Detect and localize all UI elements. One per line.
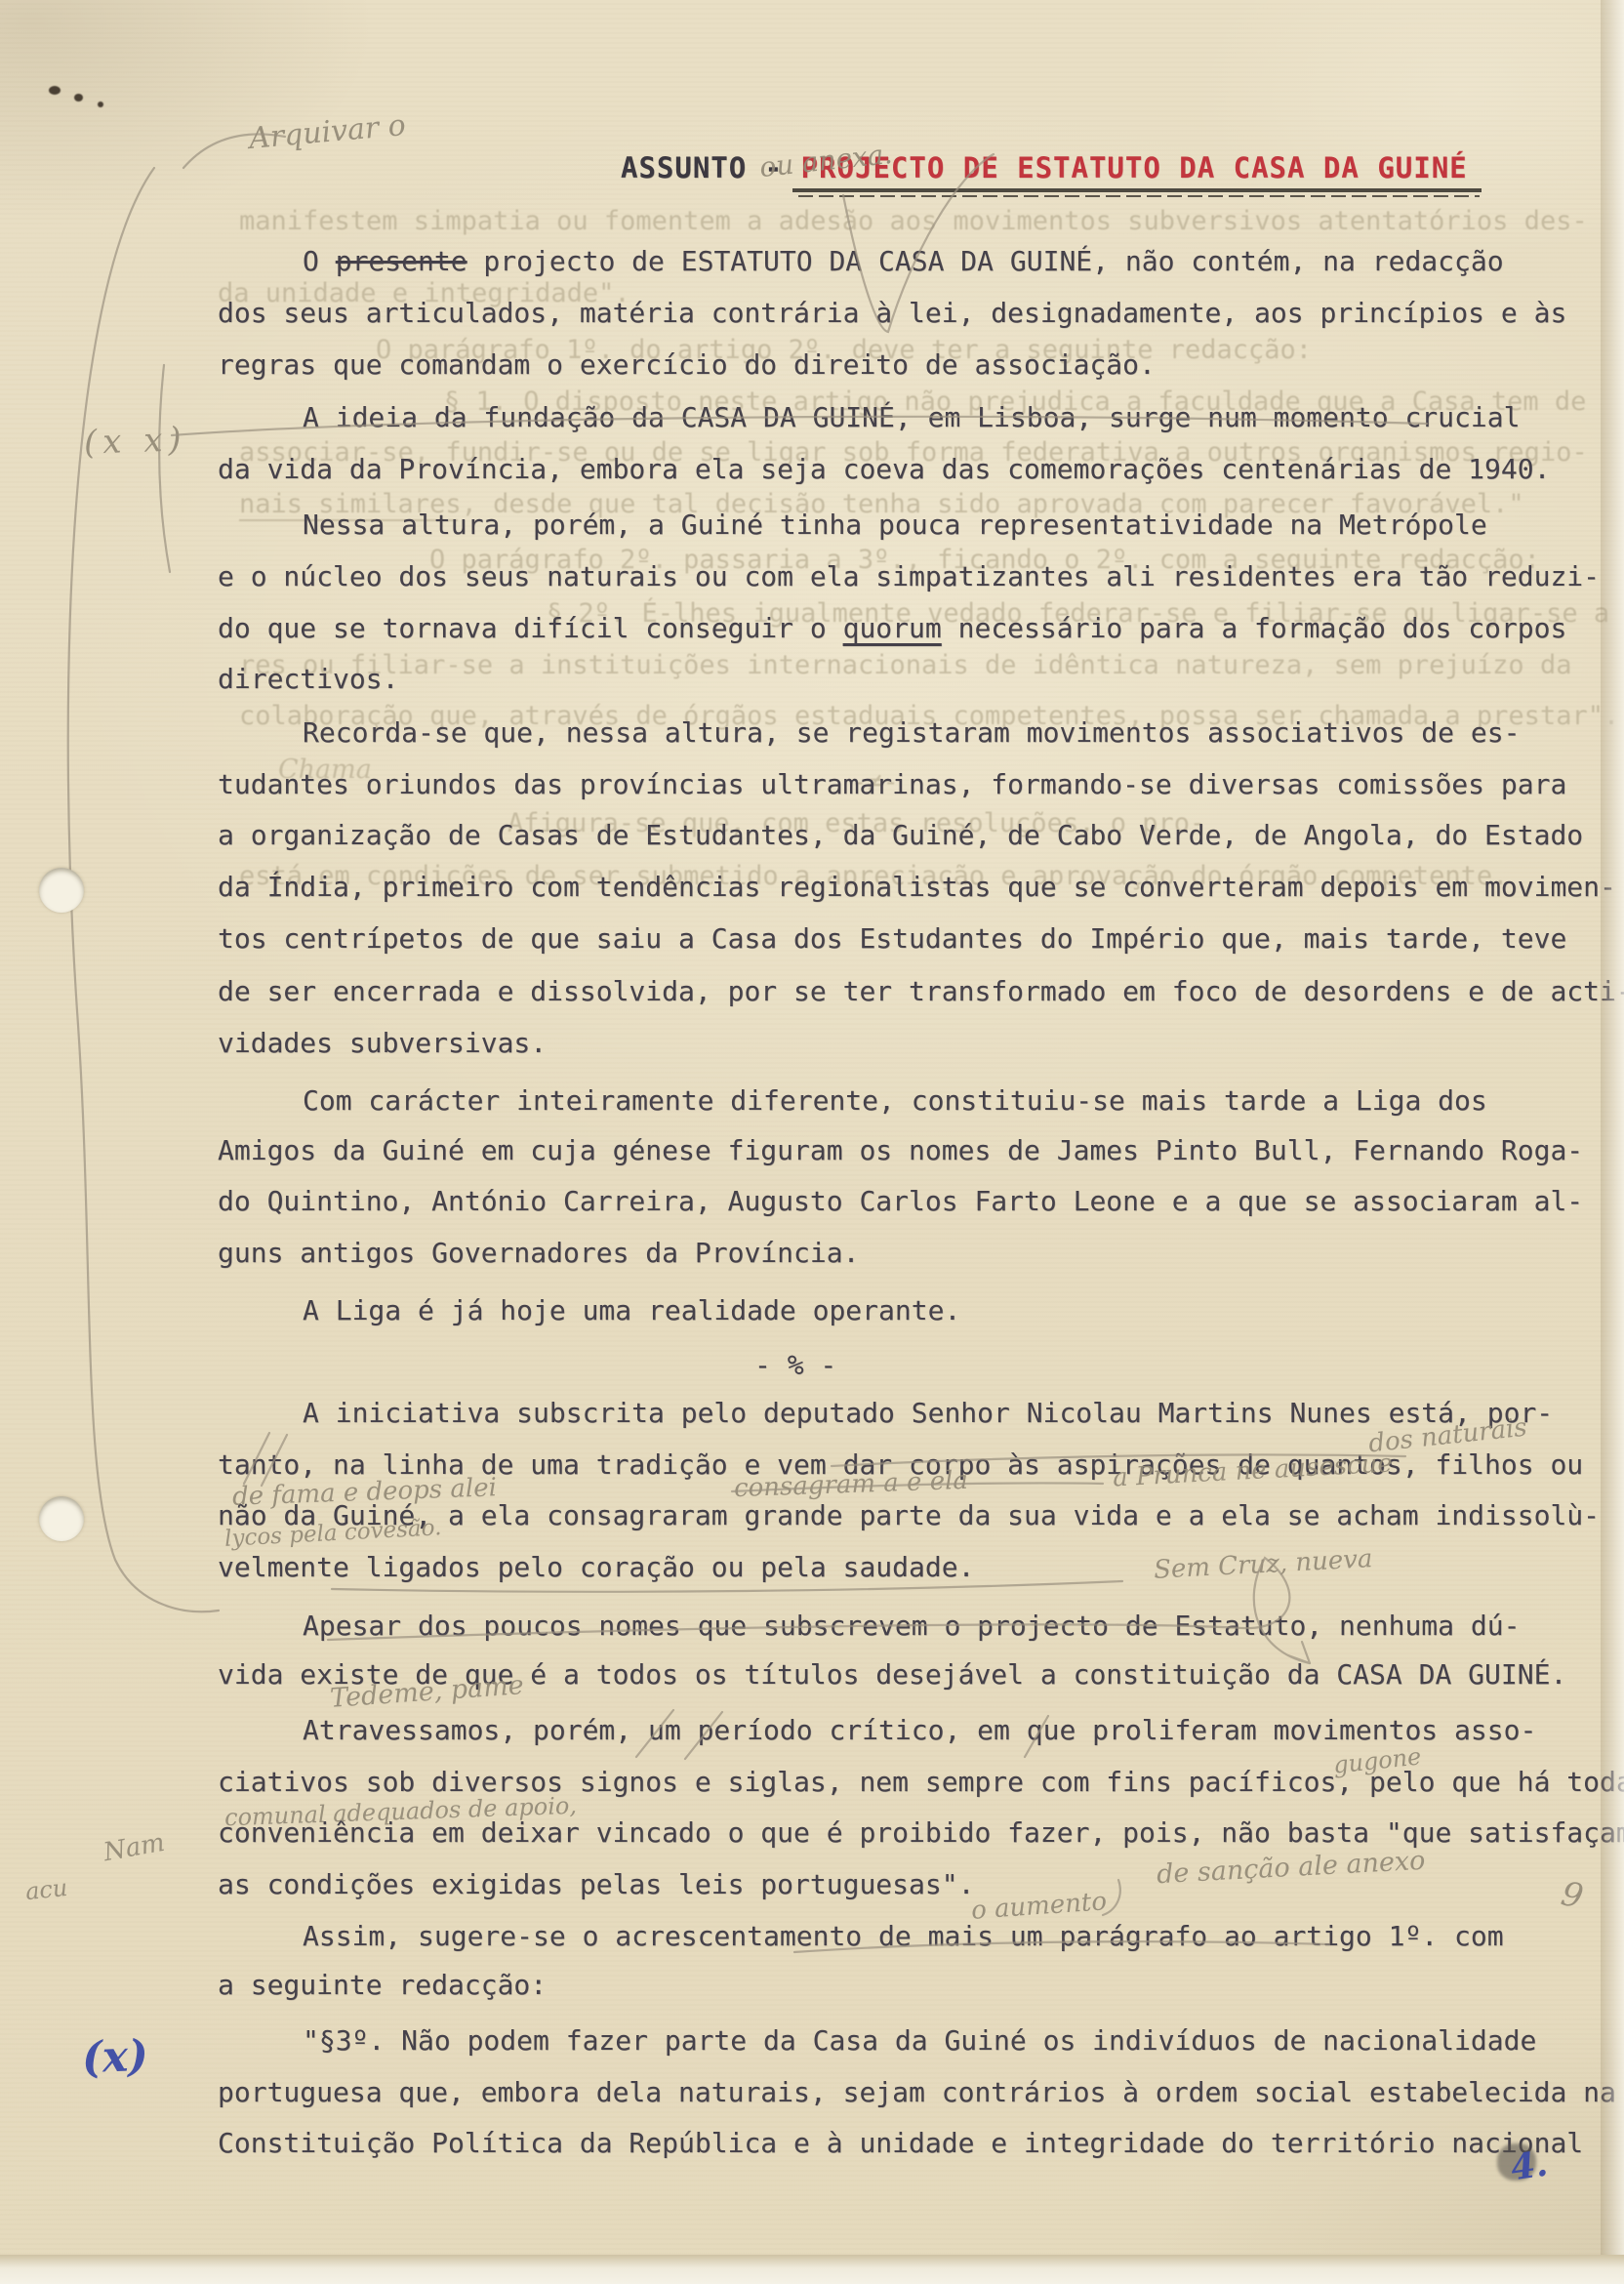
typed-line: ciativos sob diversos signos e siglas, n… xyxy=(218,1767,1624,1798)
typed-text: do que se tornava difícil conseguir o xyxy=(218,612,843,644)
page-number-handwritten: 4. xyxy=(1508,2143,1550,2189)
page-title: ASSUNTO - PROJECTO DE ESTATUTO DA CASA D… xyxy=(621,154,1468,183)
typed-line: a organização de Casas de Estudantes, da… xyxy=(218,820,1583,851)
handwritten-note: Nam xyxy=(101,1828,167,1867)
typed-line: Nessa altura, porém, a Guiné tinha pouca… xyxy=(303,510,1487,541)
scanned-typewritten-page: manifestem simpatia ou fomentem a adesão… xyxy=(0,0,1624,2284)
typed-text: O xyxy=(303,245,336,277)
typed-line: portuguesa que, embora dela naturais, se… xyxy=(218,2077,1616,2108)
typed-line: "§3º. Não podem fazer parte da Casa da G… xyxy=(303,2025,1536,2057)
typed-line: A Liga é já hoje uma realidade operante. xyxy=(303,1295,960,1326)
margin-mark-pencil: (x x) xyxy=(83,420,187,463)
handwritten-note: 9 xyxy=(1558,1874,1586,1917)
typed-line: tos centrípetos de que saiu a Casa dos E… xyxy=(218,923,1566,955)
typed-line: de ser encerrada e dissolvida, por se te… xyxy=(218,976,1624,1007)
typed-line: da Índia, primeiro com tendências region… xyxy=(218,872,1616,903)
typed-line: do que se tornava difícil conseguir o qu… xyxy=(218,613,1566,644)
typed-line: Atravessamos, porém, um período crítico,… xyxy=(303,1715,1536,1746)
typed-line: Constituição Política da República e à u… xyxy=(218,2128,1583,2159)
typed-line: directivos. xyxy=(218,664,398,695)
handwritten-note: Sem Cruz, nueva xyxy=(1153,1544,1373,1585)
typed-line: dos seus articulados, matéria contrária … xyxy=(218,298,1566,329)
section-separator: - % - xyxy=(754,1350,836,1381)
typed-line: vidades subversivas. xyxy=(218,1028,547,1059)
handwritten-note: acu xyxy=(24,1874,69,1905)
ink-stain xyxy=(98,102,103,107)
typed-line: Recorda-se que, nessa altura, se regista… xyxy=(303,717,1520,749)
typed-text: projecto de ESTATUTO DA CASA DA GUINÉ, n… xyxy=(467,245,1504,277)
paper-bottom-edge xyxy=(0,2255,1624,2284)
typed-line: da vida da Província, embora ela seja co… xyxy=(218,454,1550,485)
hole-punch xyxy=(39,1496,84,1541)
typed-text: necessário para a formação dos corpos xyxy=(942,612,1567,644)
typed-line: A iniciativa subscrita pelo deputado Sen… xyxy=(303,1398,1553,1429)
subject-title: PROJECTO DE ESTATUTO DA CASA DA GUINÉ xyxy=(801,151,1468,184)
typed-line: do Quintino, António Carreira, Augusto C… xyxy=(218,1186,1583,1217)
hole-punch xyxy=(39,868,84,913)
underlined-word: quorum xyxy=(843,612,942,644)
typed-line: regras que comandam o exercício do direi… xyxy=(218,349,1156,381)
title-underline xyxy=(792,188,1482,192)
ink-stain xyxy=(74,94,83,102)
typed-line: Com carácter inteiramente diferente, con… xyxy=(303,1085,1487,1117)
bleedthrough-line: res ou filiar-se a instituições internac… xyxy=(239,652,1571,678)
handwritten-note: Arquivar o xyxy=(248,108,407,156)
handwritten-note: de sanção ale anexo xyxy=(1156,1846,1426,1890)
ink-stain xyxy=(49,86,61,95)
struck-word: presente xyxy=(336,245,467,277)
title-underline-dashed xyxy=(798,195,1480,197)
typed-line: Apesar dos poucos nomes que subscrevem o… xyxy=(303,1611,1520,1642)
typed-line: velmente ligados pelo coração ou pela sa… xyxy=(218,1552,974,1583)
typed-line: e o núcleo dos seus naturais ou com ela … xyxy=(218,561,1600,592)
typed-line: guns antigos Governadores da Província. xyxy=(218,1238,859,1269)
typed-line: as condições exigidas pelas leis portugu… xyxy=(218,1869,974,1900)
typed-line: Amigos da Guiné em cuja génese figuram o… xyxy=(218,1135,1583,1166)
typed-line: O presente projecto de ESTATUTO DA CASA … xyxy=(303,246,1504,277)
typed-line: Assim, sugere-se o acrescentamento de ma… xyxy=(303,1921,1504,1952)
paper-right-edge xyxy=(1601,0,1624,2284)
typed-line: A ideia da fundação da CASA DA GUINÉ, em… xyxy=(303,402,1520,433)
bleedthrough-line: manifestem simpatia ou fomentem a adesão… xyxy=(239,208,1588,234)
typed-line: a seguinte redacção: xyxy=(218,1970,547,2001)
typed-line: tudantes oriundos das províncias ultrama… xyxy=(218,769,1566,800)
margin-mark-blue: (x) xyxy=(81,2031,149,2083)
